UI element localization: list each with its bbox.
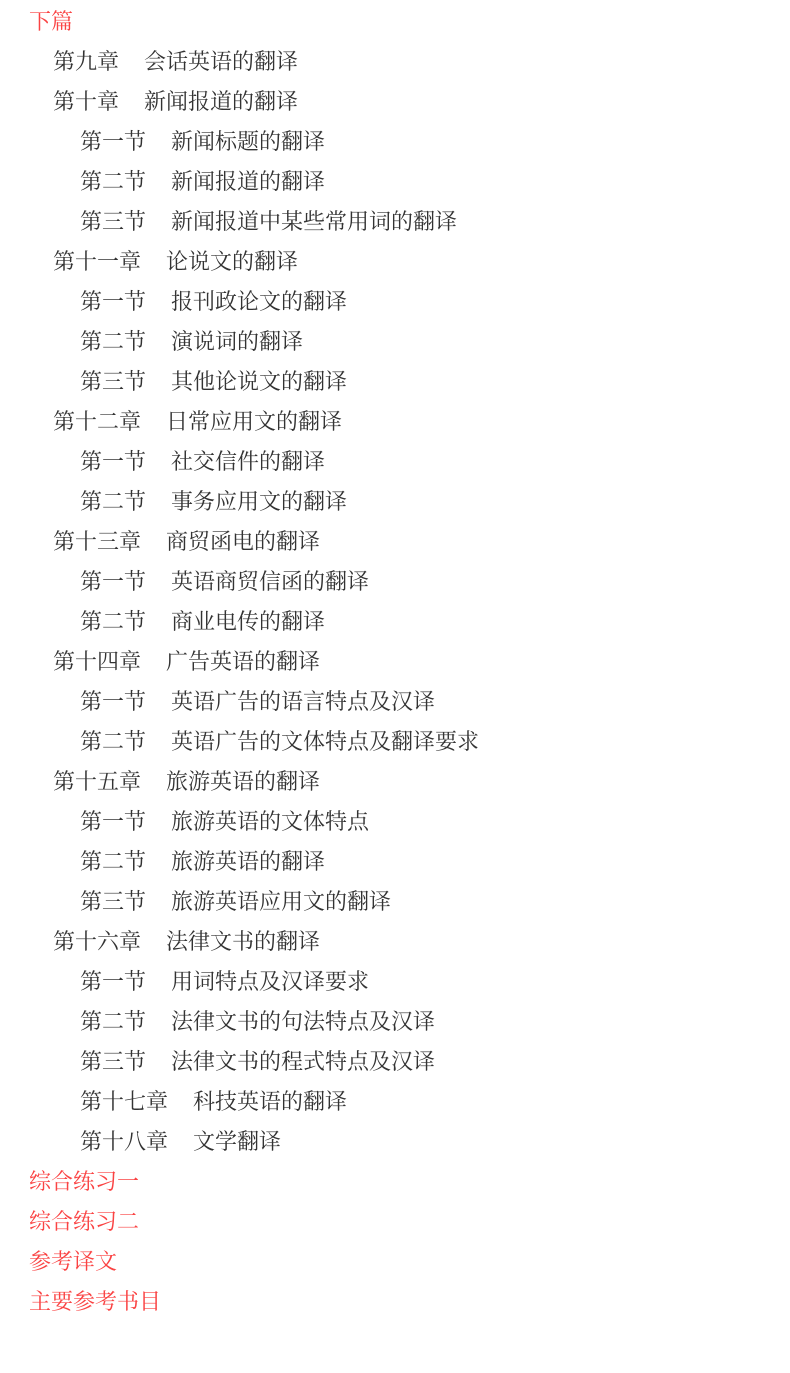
toc-entry-title: 日常应用文的翻译 (166, 409, 342, 434)
toc-entry-title: 法律文书的句法特点及汉译 (171, 1009, 435, 1034)
toc-entry: 第十六章法律文书的翻译 (0, 922, 790, 962)
toc-entry-title: 报刊政论文的翻译 (171, 289, 347, 314)
toc-entry: 第十八章文学翻译 (0, 1122, 790, 1162)
toc-entry-number: 第一节 (80, 969, 146, 994)
toc-entry: 第一节英语广告的语言特点及汉译 (0, 682, 790, 722)
toc-entry-number: 第十八章 (80, 1129, 168, 1154)
toc-entry-number: 第十六章 (53, 929, 141, 954)
toc-entry-title: 新闻报道中某些常用词的翻译 (171, 209, 457, 234)
toc-entry-number: 第二节 (80, 729, 146, 754)
toc-entry: 第二节商业电传的翻译 (0, 602, 790, 642)
table-of-contents: 下篇 第九章会话英语的翻译第十章新闻报道的翻译第一节新闻标题的翻译第二节新闻报道… (0, 0, 790, 1322)
toc-entries: 第九章会话英语的翻译第十章新闻报道的翻译第一节新闻标题的翻译第二节新闻报道的翻译… (0, 42, 790, 1162)
toc-entry-number: 第一节 (80, 569, 146, 594)
toc-entry: 第一节用词特点及汉译要求 (0, 962, 790, 1002)
toc-entry-number: 第三节 (80, 889, 146, 914)
toc-entry-title: 用词特点及汉译要求 (171, 969, 369, 994)
toc-entry: 第一节报刊政论文的翻译 (0, 282, 790, 322)
toc-entry-number: 第三节 (80, 1049, 146, 1074)
toc-entry: 第二节事务应用文的翻译 (0, 482, 790, 522)
toc-entry: 第二节旅游英语的翻译 (0, 842, 790, 882)
toc-entry-number: 第十章 (53, 89, 119, 114)
toc-footer-links: 综合练习一 综合练习二 参考译文 主要参考书目 (0, 1162, 790, 1322)
toc-entry: 第三节新闻报道中某些常用词的翻译 (0, 202, 790, 242)
toc-part-header-link[interactable]: 下篇 (0, 2, 790, 42)
toc-entry-title: 事务应用文的翻译 (171, 489, 347, 514)
toc-entry-number: 第九章 (53, 49, 119, 74)
toc-entry-title: 法律文书的翻译 (166, 929, 320, 954)
toc-entry-number: 第二节 (80, 609, 146, 634)
toc-entry-number: 第二节 (80, 329, 146, 354)
toc-entry-title: 会话英语的翻译 (144, 49, 298, 74)
toc-entry: 第九章会话英语的翻译 (0, 42, 790, 82)
toc-footer-link-bibliography[interactable]: 主要参考书目 (0, 1282, 790, 1322)
toc-entry: 第二节英语广告的文体特点及翻译要求 (0, 722, 790, 762)
toc-entry-title: 新闻报道的翻译 (171, 169, 325, 194)
toc-entry-number: 第一节 (80, 689, 146, 714)
toc-entry: 第一节新闻标题的翻译 (0, 122, 790, 162)
toc-entry-number: 第一节 (80, 289, 146, 314)
toc-entry-number: 第二节 (80, 849, 146, 874)
toc-entry-title: 旅游英语的翻译 (171, 849, 325, 874)
toc-entry-number: 第二节 (80, 489, 146, 514)
toc-entry: 第三节其他论说文的翻译 (0, 362, 790, 402)
toc-entry: 第十七章科技英语的翻译 (0, 1082, 790, 1122)
toc-entry: 第一节旅游英语的文体特点 (0, 802, 790, 842)
toc-entry-number: 第一节 (80, 809, 146, 834)
toc-entry-number: 第一节 (80, 129, 146, 154)
toc-entry: 第三节旅游英语应用文的翻译 (0, 882, 790, 922)
toc-entry-title: 广告英语的翻译 (166, 649, 320, 674)
toc-entry-title: 旅游英语的文体特点 (171, 809, 369, 834)
toc-entry: 第二节演说词的翻译 (0, 322, 790, 362)
toc-entry-title: 演说词的翻译 (171, 329, 303, 354)
toc-entry-number: 第二节 (80, 1009, 146, 1034)
toc-entry-title: 商业电传的翻译 (171, 609, 325, 634)
toc-entry: 第十章新闻报道的翻译 (0, 82, 790, 122)
toc-entry-number: 第十五章 (53, 769, 141, 794)
toc-entry-title: 英语广告的文体特点及翻译要求 (171, 729, 479, 754)
toc-entry: 第一节英语商贸信函的翻译 (0, 562, 790, 602)
toc-entry-title: 商贸函电的翻译 (166, 529, 320, 554)
toc-entry-title: 社交信件的翻译 (171, 449, 325, 474)
toc-entry-number: 第三节 (80, 209, 146, 234)
toc-entry-number: 第三节 (80, 369, 146, 394)
toc-entry-title: 新闻标题的翻译 (171, 129, 325, 154)
toc-entry-title: 英语广告的语言特点及汉译 (171, 689, 435, 714)
toc-entry-number: 第十四章 (53, 649, 141, 674)
toc-entry-number: 第十二章 (53, 409, 141, 434)
toc-footer-link-reference-translations[interactable]: 参考译文 (0, 1242, 790, 1282)
toc-entry-number: 第十三章 (53, 529, 141, 554)
toc-entry-title: 英语商贸信函的翻译 (171, 569, 369, 594)
toc-entry: 第十一章论说文的翻译 (0, 242, 790, 282)
toc-entry: 第十二章日常应用文的翻译 (0, 402, 790, 442)
toc-entry-title: 文学翻译 (193, 1129, 281, 1154)
toc-entry: 第十三章商贸函电的翻译 (0, 522, 790, 562)
toc-entry: 第十五章旅游英语的翻译 (0, 762, 790, 802)
toc-entry-title: 法律文书的程式特点及汉译 (171, 1049, 435, 1074)
toc-entry-title: 其他论说文的翻译 (171, 369, 347, 394)
toc-entry: 第十四章广告英语的翻译 (0, 642, 790, 682)
toc-entry-title: 论说文的翻译 (166, 249, 298, 274)
toc-entry: 第二节新闻报道的翻译 (0, 162, 790, 202)
toc-entry-title: 旅游英语应用文的翻译 (171, 889, 391, 914)
toc-entry: 第三节法律文书的程式特点及汉译 (0, 1042, 790, 1082)
toc-entry-title: 科技英语的翻译 (193, 1089, 347, 1114)
toc-footer-link-exercise-1[interactable]: 综合练习一 (0, 1162, 790, 1202)
toc-entry: 第一节社交信件的翻译 (0, 442, 790, 482)
toc-footer-link-exercise-2[interactable]: 综合练习二 (0, 1202, 790, 1242)
toc-entry-title: 新闻报道的翻译 (144, 89, 298, 114)
toc-entry: 第二节法律文书的句法特点及汉译 (0, 1002, 790, 1042)
toc-entry-number: 第一节 (80, 449, 146, 474)
toc-entry-number: 第十一章 (53, 249, 141, 274)
toc-entry-title: 旅游英语的翻译 (166, 769, 320, 794)
toc-entry-number: 第二节 (80, 169, 146, 194)
toc-entry-number: 第十七章 (80, 1089, 168, 1114)
